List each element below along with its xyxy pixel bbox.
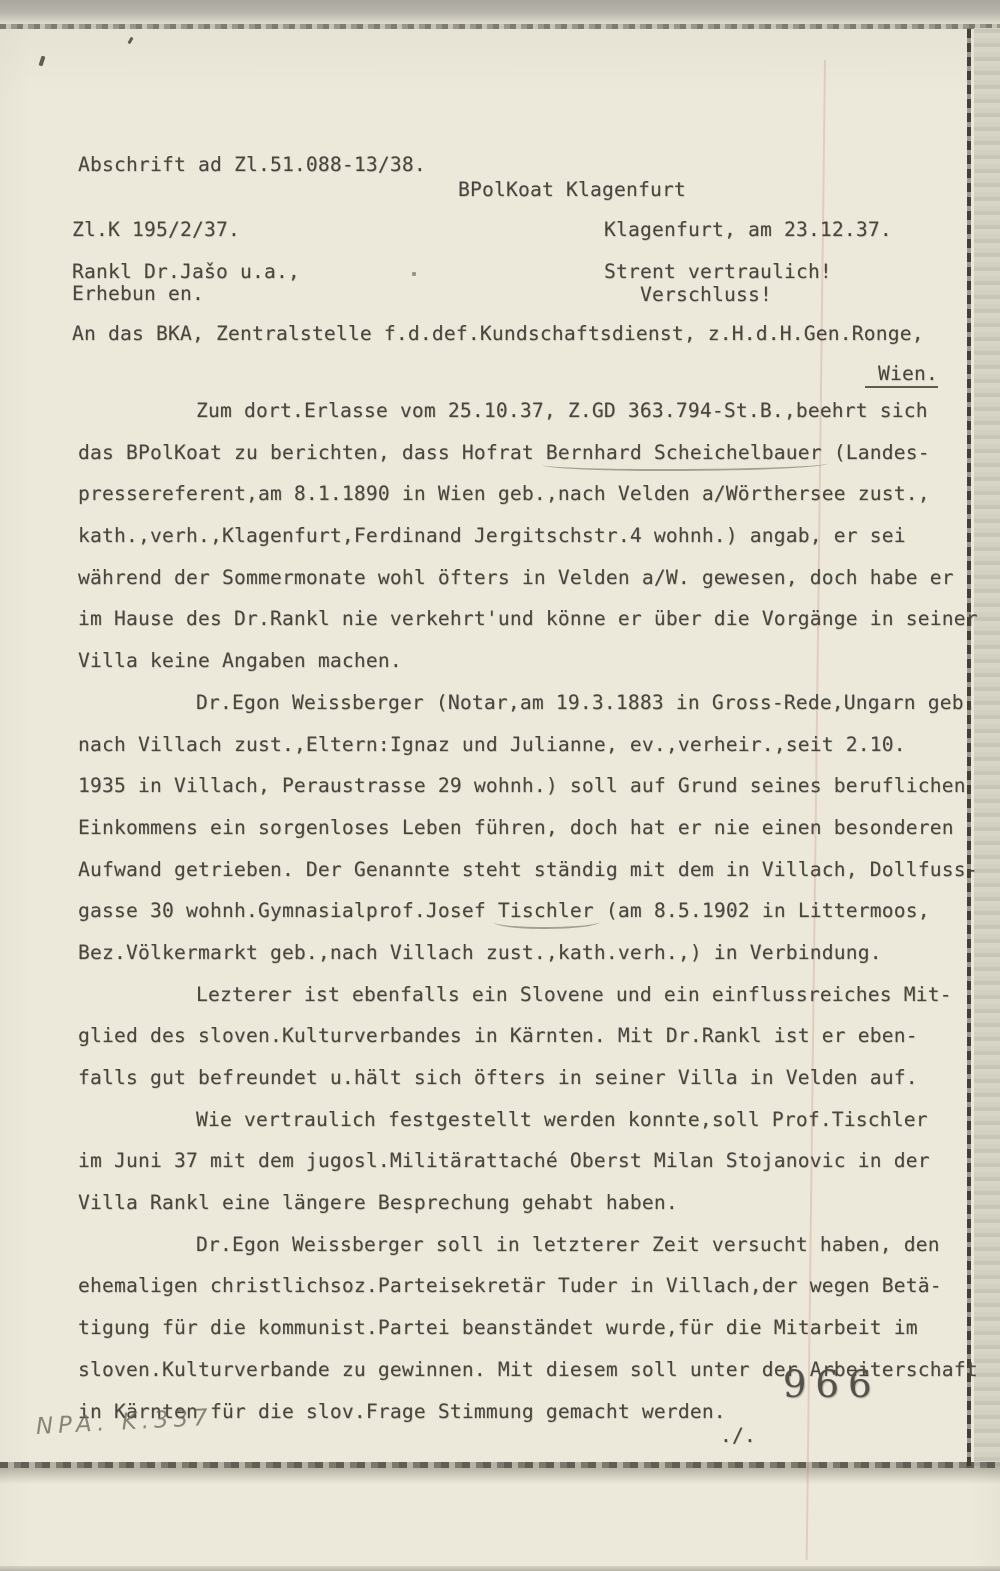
document-line: Dr.Egon Weissberger (Notar,am 19.3.1883 … — [78, 691, 988, 733]
page-number-stamp: 966 — [783, 1363, 881, 1406]
ink-speck — [412, 272, 416, 276]
previous-page-edge-line — [0, 24, 1000, 29]
subject-line-1: Rankl Dr.Jašo u.a., — [72, 260, 300, 283]
subject-line-2: Erhebun en. — [72, 282, 204, 305]
recipient-city-underlined: Wien. — [865, 362, 938, 388]
document-line: nach Villach zust.,Eltern:Ignaz und Juli… — [78, 733, 988, 775]
text-segment: Einkommens ein sorgenloses Leben führen,… — [78, 816, 954, 839]
document-line: gasse 30 wohnh.Gymnasialprof.Josef Tisch… — [78, 899, 988, 941]
page-bottom-shadow — [0, 1468, 1000, 1484]
document-line: 1935 in Villach, Peraustrasse 29 wohnh.)… — [78, 774, 988, 816]
recipient-city: Wien. — [878, 362, 938, 385]
classification-line-2: Verschluss! — [640, 283, 772, 306]
document-line: Einkommens ein sorgenloses Leben führen,… — [78, 816, 988, 858]
text-segment: Dr.Egon Weissberger (Notar,am 19.3.1883 … — [196, 691, 976, 714]
text-segment: nach Villach zust.,Eltern:Ignaz und Juli… — [78, 733, 906, 756]
document-line: Wie vertraulich festgestellt werden konn… — [78, 1108, 988, 1150]
document-line: pressereferent,am 8.1.1890 in Wien geb.,… — [78, 482, 988, 524]
document-line: ehemaligen christlichsoz.Parteisekretär … — [78, 1274, 988, 1316]
document-line: Villa Rankl eine längere Besprechung geh… — [78, 1191, 988, 1233]
place-and-date: Klagenfurt, am 23.12.37. — [604, 218, 892, 241]
document-line: kath.,verh.,Klagenfurt,Ferdinand Jergits… — [78, 524, 988, 566]
text-segment: Bez.Völkermarkt geb.,nach Villach zust.,… — [78, 941, 882, 964]
document-line: Aufwand getrieben. Der Genannte steht st… — [78, 858, 988, 900]
text-segment: (Landes- — [822, 441, 930, 464]
text-segment: Villa Rankl eine längere Besprechung geh… — [78, 1191, 678, 1214]
text-segment: glied des sloven.Kulturverbandes in Kärn… — [78, 1024, 918, 1047]
document-page: Abschrift ad Zl.51.088-13/38. BPolKoat K… — [0, 0, 1000, 1571]
text-segment: ehemaligen christlichsoz.Parteisekretär … — [78, 1274, 942, 1297]
text-segment: (am 8.5.1902 in Littermoos, — [594, 899, 930, 922]
pencil-underlined-text: Bernhard Scheichelbauer — [546, 441, 822, 464]
document-line: im Hause des Dr.Rankl nie verkehrt'und k… — [78, 607, 988, 649]
text-segment: Aufwand getrieben. Der Genannte steht st… — [78, 858, 978, 881]
document-line: tigung für die kommunist.Partei beanstän… — [78, 1316, 988, 1358]
image-bottom-shadow — [0, 1566, 1000, 1571]
document-line: während der Sommermonate wohl öfters in … — [78, 566, 988, 608]
text-segment: Zum dort.Erlasse vom 25.10.37, Z.GD 363.… — [196, 399, 928, 422]
document-line: Bez.Völkermarkt geb.,nach Villach zust.,… — [78, 941, 988, 983]
document-body: Zum dort.Erlasse vom 25.10.37, Z.GD 363.… — [78, 399, 988, 1441]
previous-page-edge — [0, 0, 1000, 26]
text-segment: tigung für die kommunist.Partei beanstän… — [78, 1316, 918, 1339]
text-segment: Dr.Egon Weissberger soll in letzterer Ze… — [196, 1233, 940, 1256]
pencil-underlined-text: Tischler — [498, 899, 594, 922]
document-line: im Juni 37 mit dem jugosl.Militärattaché… — [78, 1149, 988, 1191]
text-segment: gasse 30 wohnh.Gymnasialprof.Josef — [78, 899, 498, 922]
issuing-office: BPolKoat Klagenfurt — [458, 178, 686, 201]
document-line: Villa keine Angaben machen. — [78, 649, 988, 691]
ink-speck — [39, 56, 46, 67]
text-segment: Villa keine Angaben machen. — [78, 649, 402, 672]
text-segment: pressereferent,am 8.1.1890 in Wien geb.,… — [78, 482, 930, 505]
document-line: das BPolKoat zu berichten, dass Hofrat B… — [78, 441, 988, 483]
text-segment: kath.,verh.,Klagenfurt,Ferdinand Jergits… — [78, 524, 906, 547]
document-line: Lezterer ist ebenfalls ein Slovene und e… — [78, 983, 988, 1025]
continuation-mark: ./. — [720, 1424, 756, 1447]
file-number: Zl.K 195/2/37. — [72, 218, 240, 241]
document-line: glied des sloven.Kulturverbandes in Kärn… — [78, 1024, 988, 1066]
ink-speck — [127, 37, 133, 45]
recipient-address: An das BKA, Zentralstelle f.d.def.Kundsc… — [72, 322, 924, 345]
text-segment: 1935 in Villach, Peraustrasse 29 wohnh.)… — [78, 774, 966, 797]
copy-reference-line: Abschrift ad Zl.51.088-13/38. — [78, 153, 426, 176]
text-segment: Lezterer ist ebenfalls ein Slovene und e… — [196, 983, 952, 1006]
document-line: Dr.Egon Weissberger soll in letzterer Ze… — [78, 1233, 988, 1275]
document-line: falls gut befreundet u.hält sich öfters … — [78, 1066, 988, 1108]
text-segment: im Hause des Dr.Rankl nie verkehrt'und k… — [78, 607, 978, 630]
text-segment: das BPolKoat zu berichten, dass Hofrat — [78, 441, 546, 464]
text-segment: Wie vertraulich festgestellt werden konn… — [196, 1108, 928, 1131]
classification-line-1: Strent vertraulich! — [604, 260, 832, 283]
text-segment: falls gut befreundet u.hält sich öfters … — [78, 1066, 918, 1089]
text-segment: im Juni 37 mit dem jugosl.Militärattaché… — [78, 1149, 930, 1172]
document-line: Zum dort.Erlasse vom 25.10.37, Z.GD 363.… — [78, 399, 988, 441]
text-segment: während der Sommermonate wohl öfters in … — [78, 566, 954, 589]
